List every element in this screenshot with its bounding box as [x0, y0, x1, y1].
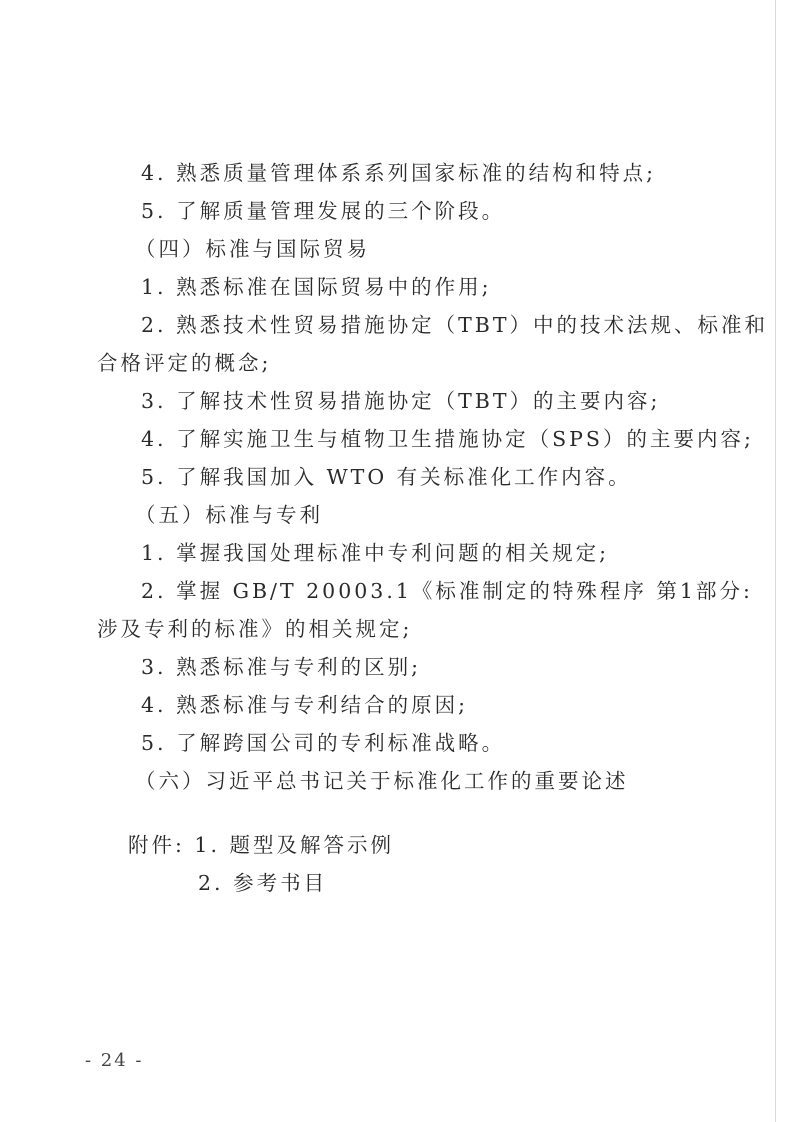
text-line: （六）习近平总书记关于标准化工作的重要论述	[135, 769, 629, 793]
text-line: 4. 了解实施卫生与植物卫生措施协定（SPS）的主要内容;	[141, 427, 754, 451]
text-line: 涉及专利的标准》的相关规定;	[97, 617, 412, 641]
text-line: 附件: 1. 题型及解答示例	[128, 833, 394, 857]
text-line: 2. 参考书目	[198, 871, 327, 895]
text-line: （五）标准与专利	[135, 503, 323, 527]
text-line: 2. 掌握 GB/T 20003.1《标准制定的特殊程序 第1部分:	[141, 579, 753, 603]
text-line: 4. 熟悉标准与专利结合的原因;	[141, 693, 468, 717]
page-number: - 24 -	[85, 1050, 144, 1071]
text-line: 5. 了解跨国公司的专利标准战略。	[141, 731, 505, 755]
page-edge	[775, 0, 776, 1122]
text-line: 合格评定的概念;	[97, 351, 271, 375]
text-line: 1. 掌握我国处理标准中专利问题的相关规定;	[141, 541, 609, 565]
text-line: 5. 了解质量管理发展的三个阶段。	[141, 199, 505, 223]
text-line: 3. 熟悉标准与专利的区别;	[141, 655, 421, 679]
text-line: 5. 了解我国加入 WTO 有关标准化工作内容。	[141, 465, 632, 489]
text-line: 1. 熟悉标准在国际贸易中的作用;	[141, 275, 491, 299]
text-line: 3. 了解技术性贸易措施协定（TBT）的主要内容;	[141, 389, 660, 413]
text-line: 2. 熟悉技术性贸易措施协定（TBT）中的技术法规、标准和	[141, 313, 768, 337]
text-line: 4. 熟悉质量管理体系系列国家标准的结构和特点;	[141, 161, 656, 185]
text-line: （四）标准与国际贸易	[135, 237, 370, 261]
